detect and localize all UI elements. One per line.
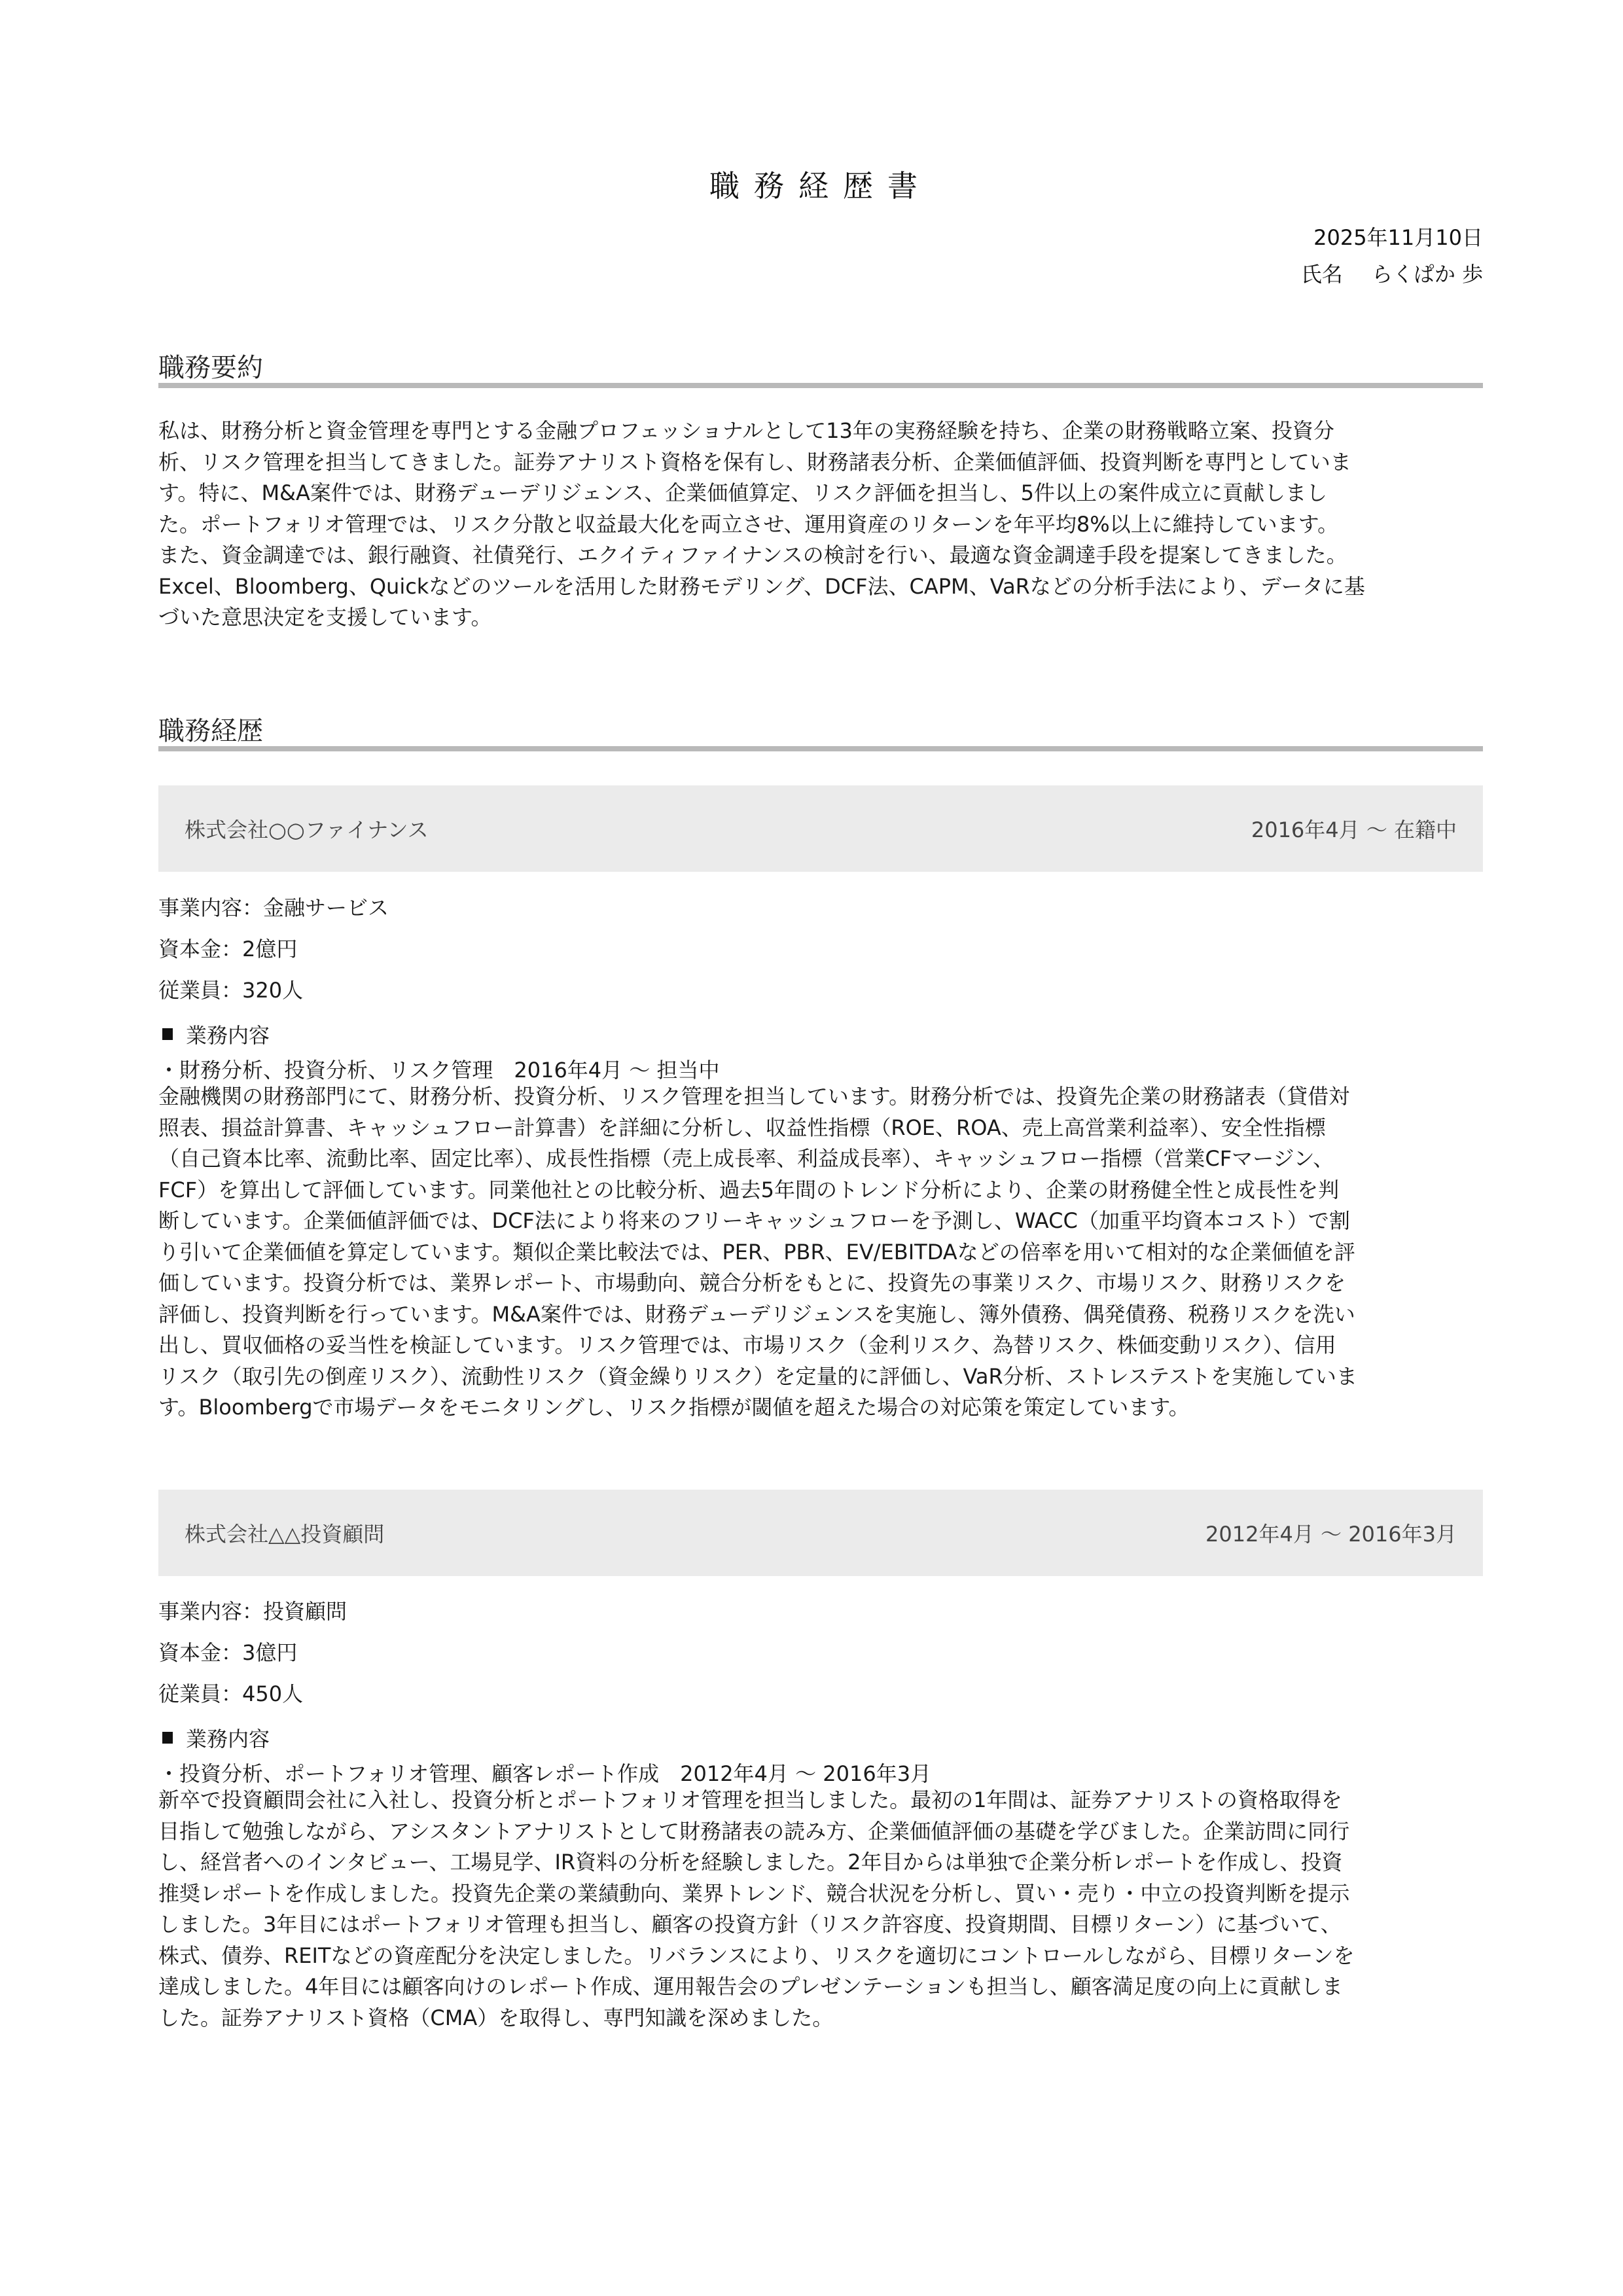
description-line: す。Bloombergで市場データをモニタリングし、リスク指標が閾値を超えた場合… [158, 1392, 1483, 1424]
company-period: 2012年4月 〜 2016年3月 [1205, 1518, 1457, 1548]
description-line: り引いて企業価値を算定しています。類似企業比較法では、PER、PBR、EV/EB… [158, 1237, 1483, 1268]
description-line: 目指して勉強しながら、アシスタントアナリストとして財務諸表の読み方、企業価値評価… [158, 1816, 1483, 1848]
document-date: 2025年11月10日 [1301, 219, 1483, 256]
tasks-heading: 業務内容 [162, 1723, 270, 1753]
description-line: 金融機関の財務部門にて、財務分析、投資分析、リスク管理を担当しています。財務分析… [158, 1081, 1483, 1113]
company-header: 株式会社○○ファイナンス 2016年4月 〜 在籍中 [158, 785, 1483, 872]
summary-divider [158, 383, 1483, 388]
description-line: 新卒で投資顧問会社に入社し、投資分析とポートフォリオ管理を担当しました。最初の1… [158, 1785, 1483, 1816]
tasks-heading-label: 業務内容 [186, 1019, 270, 1049]
company-name: 株式会社○○ファイナンス [185, 814, 429, 844]
task-description: 金融機関の財務部門にて、財務分析、投資分析、リスク管理を担当しています。財務分析… [158, 1081, 1483, 1424]
summary-heading: 職務要約 [158, 347, 1483, 384]
company-capital: 資本金：2億円 [158, 933, 297, 963]
task-title: ・投資分析、ポートフォリオ管理、顧客レポート作成 2012年4月 〜 2016年… [158, 1757, 931, 1787]
description-line: （自己資本比率、流動比率、固定比率）、成長性指標（売上成長率、利益成長率）、キャ… [158, 1143, 1483, 1175]
summary-line: 私は、財務分析と資金管理を専門とする金融プロフェッショナルとして13年の実務経験… [158, 416, 1483, 447]
summary-line: す。特に、M&A案件では、財務デューデリジェンス、企業価値算定、リスク評価を担当… [158, 478, 1483, 509]
description-line: し、経営者へのインタビュー、工場見学、IR資料の分析を経験しました。2年目からは… [158, 1847, 1483, 1878]
company-period: 2016年4月 〜 在籍中 [1251, 814, 1457, 844]
description-line: 評価し、投資判断を行っています。M&A案件では、財務デューデリジェンスを実施し、… [158, 1299, 1483, 1331]
description-line: 達成しました。4年目には顧客向けのレポート作成、運用報告会のプレゼンテーションも… [158, 1971, 1483, 2003]
company-header: 株式会社△△投資顧問 2012年4月 〜 2016年3月 [158, 1490, 1483, 1576]
description-line: 株式、債券、REITなどの資産配分を決定しました。リバランスにより、リスクを適切… [158, 1941, 1483, 1972]
company-business: 事業内容：金融サービス [158, 891, 389, 922]
company-employees: 従業員：320人 [158, 974, 303, 1004]
description-line: FCF）を算出して評価しています。同業他社との比較分析、過去5年間のトレンド分析… [158, 1175, 1483, 1206]
document-title: 職務経歴書 [158, 162, 1483, 206]
company-capital: 資本金：3億円 [158, 1636, 297, 1666]
task-title: ・財務分析、投資分析、リスク管理 2016年4月 〜 担当中 [158, 1054, 720, 1084]
summary-text: 私は、財務分析と資金管理を専門とする金融プロフェッショナルとして13年の実務経験… [158, 416, 1483, 634]
description-line: しました。3年目にはポートフォリオ管理も担当し、顧客の投資方針（リスク許容度、投… [158, 1909, 1483, 1941]
company-employees: 従業員：450人 [158, 1677, 303, 1708]
tasks-heading: 業務内容 [162, 1019, 270, 1049]
name-label: 氏名 [1301, 262, 1343, 287]
tasks-heading-label: 業務内容 [186, 1723, 270, 1753]
company-business: 事業内容：投資顧問 [158, 1595, 347, 1625]
description-line: 価しています。投資分析では、業界レポート、市場動向、競合分析をもとに、投資先の事… [158, 1268, 1483, 1299]
summary-line: Excel、Bloomberg、Quickなどのツールを活用した財務モデリング、… [158, 571, 1483, 603]
document-meta: 2025年11月10日 氏名らくぱか 歩 [1301, 219, 1483, 293]
task-description: 新卒で投資顧問会社に入社し、投資分析とポートフォリオ管理を担当しました。最初の1… [158, 1785, 1483, 2034]
square-bullet-icon [162, 1732, 173, 1744]
company-name: 株式会社△△投資顧問 [185, 1518, 384, 1548]
square-bullet-icon [162, 1028, 173, 1040]
description-line: リスク（取引先の倒産リスク）、流動性リスク（資金繰りリスク）を定量的に評価し、V… [158, 1361, 1483, 1393]
name-row: 氏名らくぱか 歩 [1301, 256, 1483, 293]
description-line: 照表、損益計算書、キャッシュフロー計算書）を詳細に分析し、収益性指標（ROE、R… [158, 1113, 1483, 1144]
summary-line: また、資金調達では、銀行融資、社債発行、エクイティファイナンスの検討を行い、最適… [158, 540, 1483, 571]
description-line: 断しています。企業価値評価では、DCF法により将来のフリーキャッシュフローを予測… [158, 1206, 1483, 1237]
name-value: らくぱか 歩 [1372, 262, 1483, 287]
summary-line: 析、リスク管理を担当してきました。証券アナリスト資格を保有し、財務諸表分析、企業… [158, 447, 1483, 478]
summary-line: た。ポートフォリオ管理では、リスク分散と収益最大化を両立させ、運用資産のリターン… [158, 509, 1483, 541]
history-heading: 職務経歴 [158, 710, 1483, 747]
description-line: した。証券アナリスト資格（CMA）を取得し、専門知識を深めました。 [158, 2003, 1483, 2034]
description-line: 推奨レポートを作成しました。投資先企業の業績動向、業界トレンド、競合状況を分析し… [158, 1878, 1483, 1910]
history-divider [158, 746, 1483, 751]
summary-line: づいた意思決定を支援しています。 [158, 602, 1483, 634]
description-line: 出し、買収価格の妥当性を検証しています。リスク管理では、市場リスク（金利リスク、… [158, 1330, 1483, 1361]
